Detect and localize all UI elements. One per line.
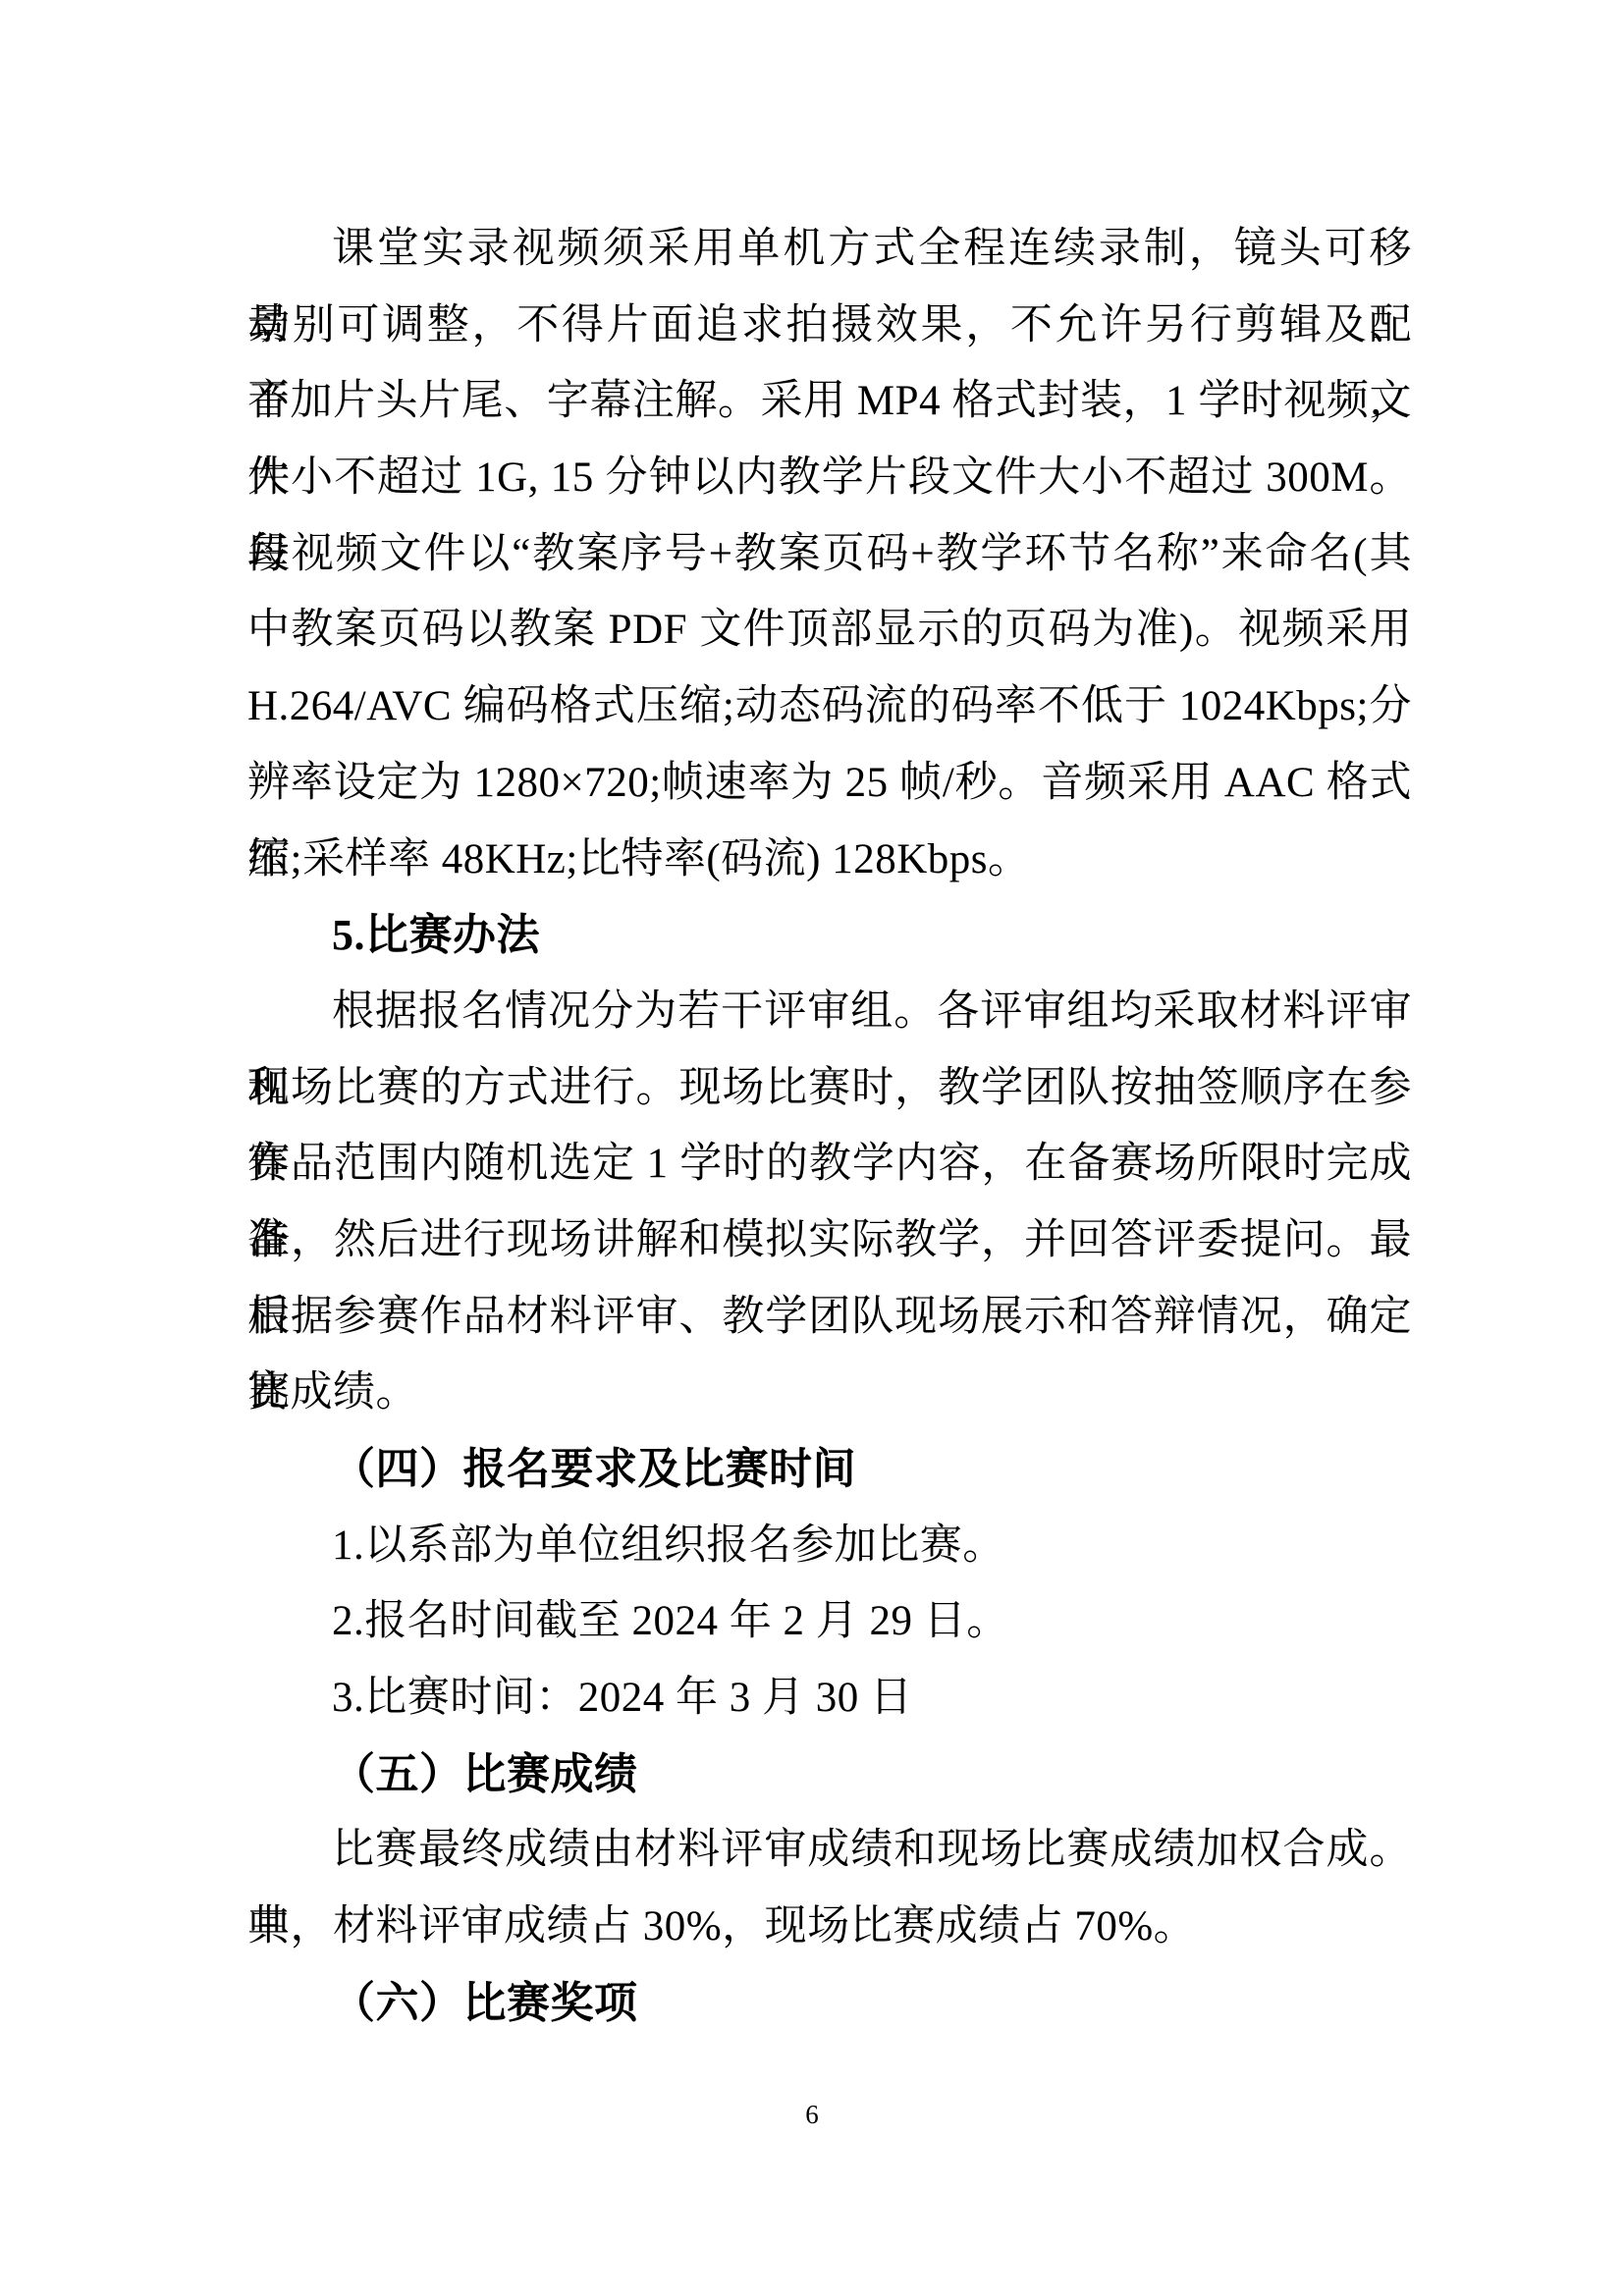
paragraph-line: 比赛最终成绩由材料评审成绩和现场比赛成绩加权合成。其 [247,1812,1412,1889]
paragraph-line: 大小不超过 1G, 15 分钟以内教学片段文件大小不超过 300M。每 [247,440,1412,516]
list-item-line: 2.报名时间截至 2024 年 2 月 29 日。 [247,1583,1412,1660]
paragraph-line: 缩;采样率 48KHz;比特率(码流) 128Kbps。 [247,822,1412,898]
paragraph-line: 根据报名情况分为若干评审组。各评审组均采取材料评审和 [247,974,1412,1050]
paragraph-line: 中教案页码以教案 PDF 文件顶部显示的页码为准)。视频采用 [247,592,1412,668]
paragraph-line: 根据参赛作品材料评审、教学团队现场展示和答辩情况，确定比 [247,1279,1412,1356]
document-page: 课堂实录视频须采用单机方式全程连续录制，镜头可移动、 景别可调整，不得片面追求拍… [0,0,1624,2296]
paragraph-line: 备，然后进行现场讲解和模拟实际教学，并回答评委提问。最后 [247,1202,1412,1279]
paragraph-line: 作品范围内随机选定 1 学时的教学内容，在备赛场所限时完成准 [247,1126,1412,1202]
section-heading: 5.比赛办法 [247,897,1412,974]
page-number: 6 [0,2097,1624,2132]
paragraph-line: 赛成绩。 [247,1355,1412,1431]
paragraph-line: H.264/AVC 编码格式压缩;动态码流的码率不低于 1024Kbps;分 [247,668,1412,745]
paragraph-line: 段视频文件以“教案序号+教案页码+教学环节名称”来命名(其 [247,516,1412,593]
list-item-line: 1.以系部为单位组织报名参加比赛。 [247,1508,1412,1584]
page-body: 课堂实录视频须采用单机方式全程连续录制，镜头可移动、 景别可调整，不得片面追求拍… [247,211,1412,2042]
paragraph-line: 不加片头片尾、字幕注解。采用 MP4 格式封装，1 学时视频文件 [247,363,1412,440]
section-heading: （六）比赛奖项 [247,1965,1412,2042]
paragraph-line: 现场比赛的方式进行。现场比赛时，教学团队按抽签顺序在参赛 [247,1050,1412,1127]
paragraph-line: 课堂实录视频须采用单机方式全程连续录制，镜头可移动、 [247,211,1412,288]
paragraph-line: 中，材料评审成绩占 30%，现场比赛成绩占 70%。 [247,1889,1412,1965]
paragraph-line: 景别可调整，不得片面追求拍摄效果，不允许另行剪辑及配音， [247,288,1412,364]
paragraph-line: 辨率设定为 1280×720;帧速率为 25 帧/秒。音频采用 AAC 格式压 [247,745,1412,822]
section-heading: （四）报名要求及比赛时间 [247,1431,1412,1508]
list-item-line: 3.比赛时间：2024 年 3 月 30 日 [247,1660,1412,1736]
section-heading: （五）比赛成绩 [247,1736,1412,1813]
